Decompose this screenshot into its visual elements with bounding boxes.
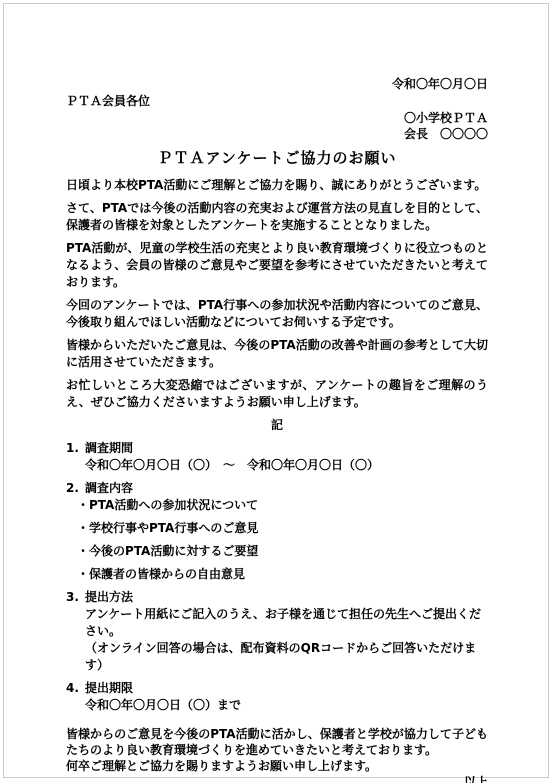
body-paragraph: 皆様からいただいたご意見は、今後のPTA活動の改善や計画の参考として大切に活用さ… — [66, 337, 488, 371]
item-list: 1. 調査期間 令和〇年〇月〇日（〇） ～ 令和〇年〇月〇日（〇） 2. 調査内… — [66, 440, 488, 714]
item-head: 4. 提出期限 — [66, 680, 488, 697]
sender-name: 会長 〇〇〇〇 — [66, 126, 488, 142]
closing-line: 皆様からのご意見を今後のPTA活動に活かし、保護者と学校が協力して子どもたちのよ… — [66, 726, 488, 758]
body-paragraph: さて、PTAでは今後の活動内容の充実および運営方法の見直しを目的として、保護者の… — [66, 200, 488, 234]
record-marker: 記 — [66, 417, 488, 434]
item-body: 令和〇年〇月〇日（〇）まで — [66, 697, 488, 714]
body-paragraph: PTA活動が、児童の学校生活の充実とより良い教育環境づくりに役立つものとなるよう… — [66, 240, 488, 291]
document-content: 令和〇年〇月〇日 ＰＴＡ会員各位 〇小学校ＰＴＡ 会長 〇〇〇〇 ＰＴＡアンケー… — [66, 4, 488, 783]
item-line: アンケート用紙にご記入のうえ、お子様を通じて担任の先生へご提出ください。 — [85, 606, 488, 640]
body-paragraph: 日頃より本校PTA活動にご理解とご協力を賜り、誠にありがとうございます。 — [66, 177, 488, 194]
body-paragraphs: 日頃より本校PTA活動にご理解とご協力を賜り、誠にありがとうございます。 さて、… — [66, 177, 488, 411]
item-number: 2. — [66, 480, 85, 497]
closing-marker: 以上 — [66, 774, 488, 783]
item-line: 令和〇年〇月〇日（〇）まで — [85, 697, 488, 714]
closing-line: 何卒ご理解とご協力を賜りますようお願い申し上げます。 — [66, 758, 488, 774]
item-line: （オンライン回答の場合は、配布資料のQRコードからご回答いただけます） — [85, 640, 488, 674]
date-line: 令和〇年〇月〇日 — [66, 76, 488, 93]
item-head: 3. 提出方法 — [66, 589, 488, 606]
bullet-item: ・保護者の皆様からの自由意見 — [77, 566, 488, 583]
body-paragraph: 今回のアンケートでは、PTA行事への参加状況や活動内容についてのご意見、今後取り… — [66, 297, 488, 331]
recipient-line: ＰＴＡ会員各位 — [66, 93, 488, 110]
sender-block: 〇小学校ＰＴＡ 会長 〇〇〇〇 — [66, 110, 488, 142]
document-title: ＰＴＡアンケートご協力のお願い — [66, 147, 488, 169]
item-number: 3. — [66, 589, 85, 606]
list-item-survey-period: 1. 調査期間 令和〇年〇月〇日（〇） ～ 令和〇年〇月〇日（〇） — [66, 440, 488, 474]
item-heading: 調査期間 — [85, 440, 133, 457]
item-head: 1. 調査期間 — [66, 440, 488, 457]
bullet-item: ・今後のPTA活動に対するご要望 — [77, 543, 488, 560]
list-item-submission-method: 3. 提出方法 アンケート用紙にご記入のうえ、お子様を通じて担任の先生へご提出く… — [66, 589, 488, 674]
item-body: アンケート用紙にご記入のうえ、お子様を通じて担任の先生へご提出ください。 （オン… — [66, 606, 488, 674]
bullet-item: ・学校行事やPTA行事へのご意見 — [77, 520, 488, 537]
bullet-list: ・PTA活動への参加状況について ・学校行事やPTA行事へのご意見 ・今後のPT… — [66, 497, 488, 583]
closing-block: 皆様からのご意見を今後のPTA活動に活かし、保護者と学校が協力して子どもたちのよ… — [66, 726, 488, 774]
item-head: 2. 調査内容 — [66, 480, 488, 497]
document-page: 令和〇年〇月〇日 ＰＴＡ会員各位 〇小学校ＰＴＡ 会長 〇〇〇〇 ＰＴＡアンケー… — [3, 3, 549, 778]
list-item-submission-deadline: 4. 提出期限 令和〇年〇月〇日（〇）まで — [66, 680, 488, 714]
sender-organization: 〇小学校ＰＴＡ — [66, 110, 488, 126]
item-heading: 調査内容 — [85, 480, 133, 497]
item-number: 1. — [66, 440, 85, 457]
list-item-survey-content: 2. 調査内容 ・PTA活動への参加状況について ・学校行事やPTA行事へのご意… — [66, 480, 488, 583]
body-paragraph: お忙しいところ大変恐縮ではございますが、アンケートの趣旨をご理解のうえ、ぜひご協… — [66, 377, 488, 411]
item-heading: 提出方法 — [85, 589, 133, 606]
item-body: 令和〇年〇月〇日（〇） ～ 令和〇年〇月〇日（〇） — [66, 457, 488, 474]
bullet-item: ・PTA活動への参加状況について — [77, 497, 488, 514]
item-line: 令和〇年〇月〇日（〇） ～ 令和〇年〇月〇日（〇） — [85, 457, 488, 474]
item-number: 4. — [66, 680, 85, 697]
item-heading: 提出期限 — [85, 680, 133, 697]
